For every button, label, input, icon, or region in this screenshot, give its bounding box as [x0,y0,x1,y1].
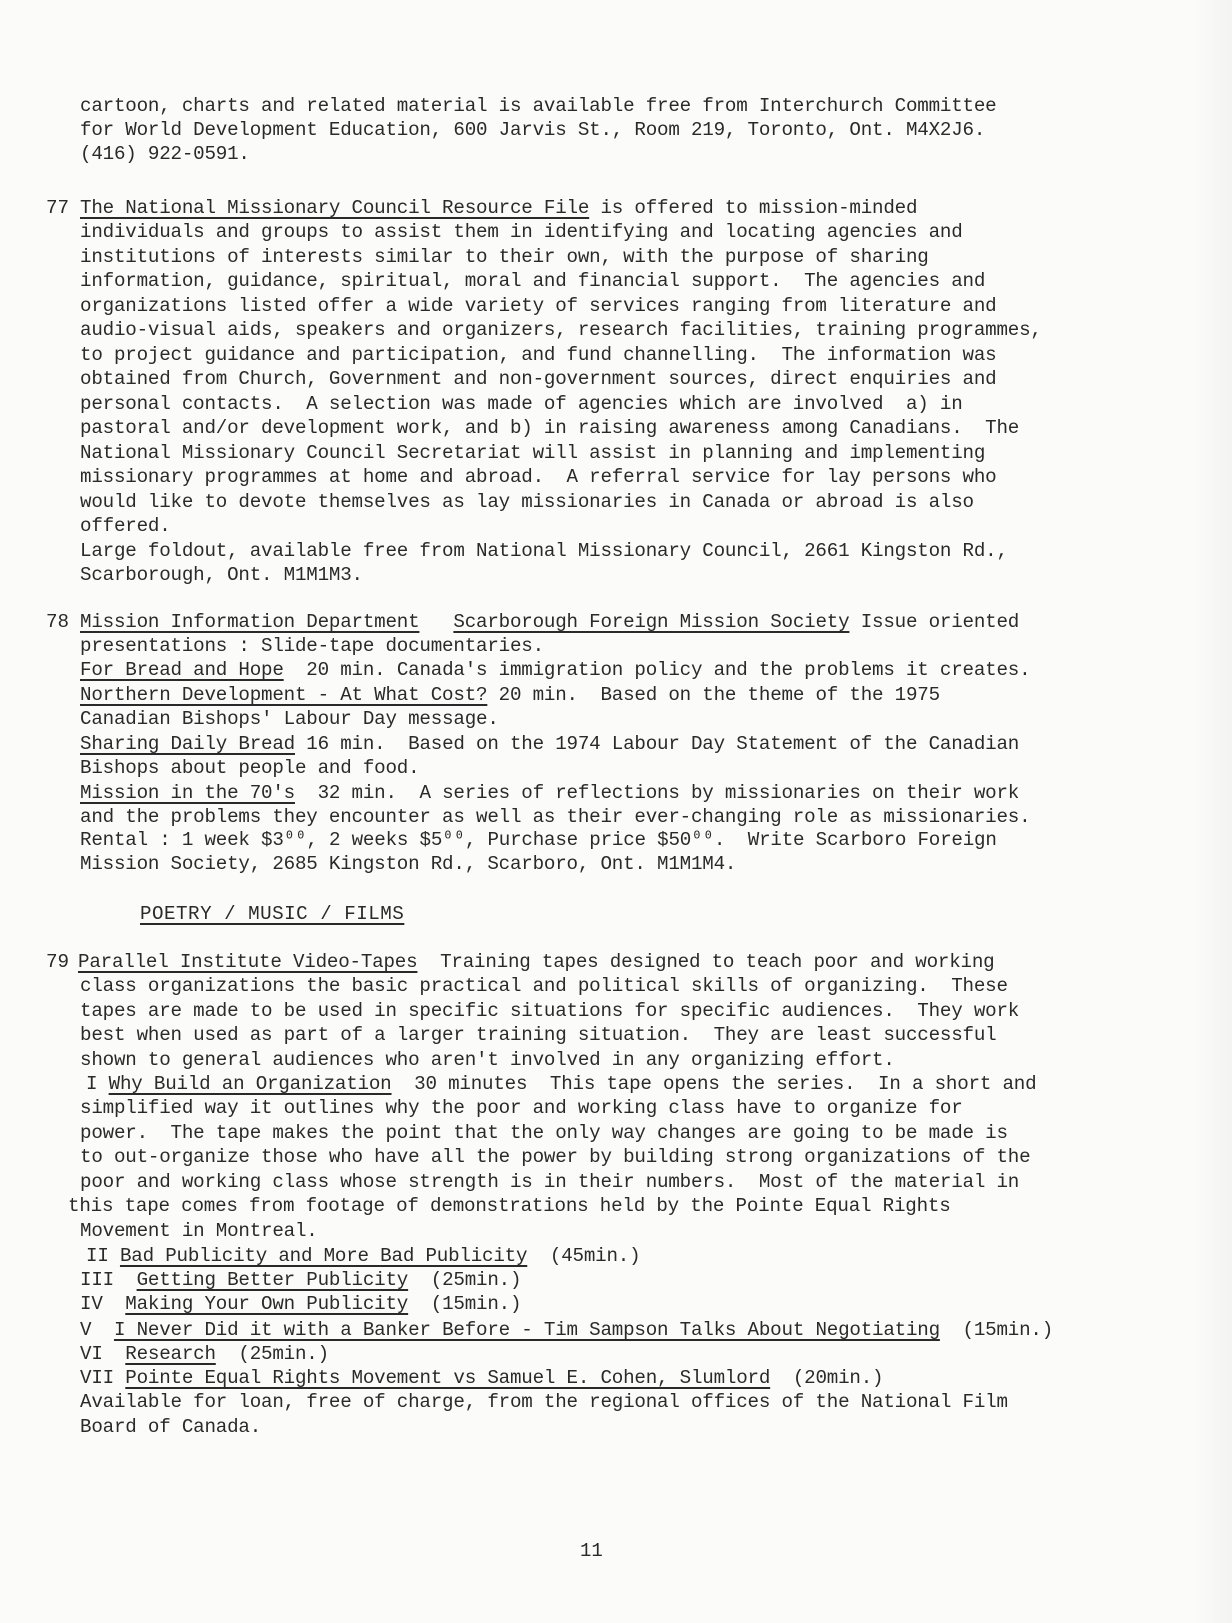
tape-1-title: Why Build an Organization [109,1073,392,1095]
text: (15min.) [408,1293,521,1315]
entry-77-line: would like to devote themselves as lay m… [80,490,974,514]
numeral: VI [80,1343,125,1365]
scan-shadow [1192,0,1232,1623]
numeral: VII [80,1367,125,1389]
film-line: Mission in the 70's 32 min. A series of … [80,781,1019,805]
text: (25min.) [216,1343,329,1365]
text: 32 min. A series of reflections by missi… [295,782,1019,804]
entry-79-line: best when used as part of a larger train… [80,1023,996,1047]
entry-77-line: individuals and groups to assist them in… [80,220,963,244]
entry-79-title: Parallel Institute Video-Tapes [78,951,417,973]
tape-list-item: III Getting Better Publicity (25min.) [80,1268,521,1292]
entry-77-line: offered. [80,514,171,538]
entry-77-first-line-text: is offered to mission-minded [589,197,917,219]
entry-77-line: audio-visual aids, speakers and organize… [80,318,1042,342]
film-line: Northern Development - At What Cost? 20 … [80,683,940,707]
film-line: and the problems they encounter as well … [80,805,1030,829]
entry-77-line: Large foldout, available free from Natio… [80,539,1008,563]
numeral: III [80,1269,137,1291]
tape-list-item: VII Pointe Equal Rights Movement vs Samu… [80,1366,883,1390]
intro-line: (416) 922-0591. [80,142,250,166]
tape-1-desc-line: simplified way it outlines why the poor … [80,1096,963,1120]
title: For Bread and Hope [80,659,284,681]
text: Canadian Bishops' Labour Day message. [80,708,499,730]
numeral: IV [80,1293,125,1315]
section-heading-text: POETRY / MUSIC / FILMS [140,903,404,925]
title: Research [125,1343,216,1365]
entry-79-line: tapes are made to be used in specific si… [80,999,1019,1023]
film-line: For Bread and Hope 20 min. Canada's immi… [80,658,1030,682]
entry-77-line: to project guidance and participation, a… [80,343,996,367]
entry-78-rental: Rental : 1 week $3⁰⁰, 2 weeks $5⁰⁰, Purc… [80,828,997,852]
title: Mission in the 70's [80,782,295,804]
title: I Never Did it with a Banker Before - Ti… [114,1319,940,1341]
title: Making Your Own Publicity [125,1293,408,1315]
numeral: II [86,1245,120,1267]
entry-number-79: 79 [46,950,69,974]
entry-77-title: The National Missionary Council Resource… [80,197,589,219]
entry-78-first-line: Mission Information Department Scarborou… [80,610,1019,634]
entry-77-line: missionary programmes at home and abroad… [80,465,996,489]
entry-79-line: class organizations the basic practical … [80,974,1008,998]
title: Northern Development - At What Cost? [80,684,487,706]
title: Sharing Daily Bread [80,733,295,755]
text: Bishops about people and food. [80,757,419,779]
tape-1-desc-line: to out-organize those who have all the p… [80,1145,1030,1169]
film-line: Canadian Bishops' Labour Day message. [80,707,499,731]
text: (45min.) [527,1245,640,1267]
text: 16 min. Based on the 1974 Labour Day Sta… [295,733,1019,755]
entry-79-first-line-text: Training tapes designed to teach poor an… [417,951,994,973]
title: Bad Publicity and More Bad Publicity [120,1245,527,1267]
numeral: V [80,1319,114,1341]
tape-list-item: V I Never Did it with a Banker Before - … [80,1318,1053,1342]
tape-1-line: I Why Build an Organization 30 minutes T… [86,1072,1036,1096]
document-page: cartoon, charts and related material is … [0,0,1232,1623]
entry-79-first-line: Parallel Institute Video-Tapes Training … [78,950,994,974]
text: (20min.) [770,1367,883,1389]
tape-1-desc: 30 minutes This tape opens the series. I… [392,1073,1037,1095]
text: (25min.) [408,1269,521,1291]
tape-1-desc-line: this tape comes from footage of demonstr… [68,1194,951,1218]
film-line: Sharing Daily Bread 16 min. Based on the… [80,732,1019,756]
entry-77-line: obtained from Church, Government and non… [80,367,996,391]
entry-78-address: Mission Society, 2685 Kingston Rd., Scar… [80,852,736,876]
tape-list-item: IV Making Your Own Publicity (15min.) [80,1292,521,1316]
entry-77-line: organizations listed offer a wide variet… [80,294,996,318]
title: Pointe Equal Rights Movement vs Samuel E… [125,1367,770,1389]
page-number: 11 [580,1540,603,1562]
section-heading: POETRY / MUSIC / FILMS [140,902,404,926]
entry-number-77: 77 [46,196,69,220]
text: and the problems they encounter as well … [80,806,1030,828]
title: Getting Better Publicity [137,1269,409,1291]
intro-line: cartoon, charts and related material is … [80,94,996,118]
entry-78-title-2: Scarborough Foreign Mission Society [453,611,849,633]
entry-77-line: Scarborough, Ont. M1M1M3. [80,563,363,587]
entry-77-line: personal contacts. A selection was made … [80,392,963,416]
entry-79-line: shown to general audiences who aren't in… [80,1048,895,1072]
entry-78-line-2: presentations : Slide-tape documentaries… [80,634,544,658]
closing-line: Board of Canada. [80,1415,261,1439]
tape-1-desc-line: poor and working class whose strength is… [80,1170,1019,1194]
entry-77-line: information, guidance, spiritual, moral … [80,269,985,293]
entry-78-first-line-text: Issue oriented [849,611,1019,633]
film-line: Bishops about people and food. [80,756,419,780]
tape-list-item: VI Research (25min.) [80,1342,329,1366]
tape-1-desc-line: Movement in Montreal. [80,1219,318,1243]
text: 20 min. Based on the theme of the 1975 [487,684,940,706]
tape-1-desc-line: power. The tape makes the point that the… [80,1121,1008,1145]
tape-1-numeral: I [86,1073,109,1095]
entry-77-first-line: The National Missionary Council Resource… [80,196,917,220]
entry-number-78: 78 [46,610,69,634]
entry-78-title-1: Mission Information Department [80,611,419,633]
entry-77-line: National Missionary Council Secretariat … [80,441,985,465]
entry-77-line: pastoral and/or development work, and b)… [80,416,1019,440]
closing-line: Available for loan, free of charge, from… [80,1390,1008,1414]
tape-list-item: II Bad Publicity and More Bad Publicity … [86,1244,640,1268]
text: (15min.) [940,1319,1053,1341]
intro-line: for World Development Education, 600 Jar… [80,118,985,142]
text: 20 min. Canada's immigration policy and … [284,659,1031,681]
entry-77-line: institutions of interests similar to the… [80,245,929,269]
